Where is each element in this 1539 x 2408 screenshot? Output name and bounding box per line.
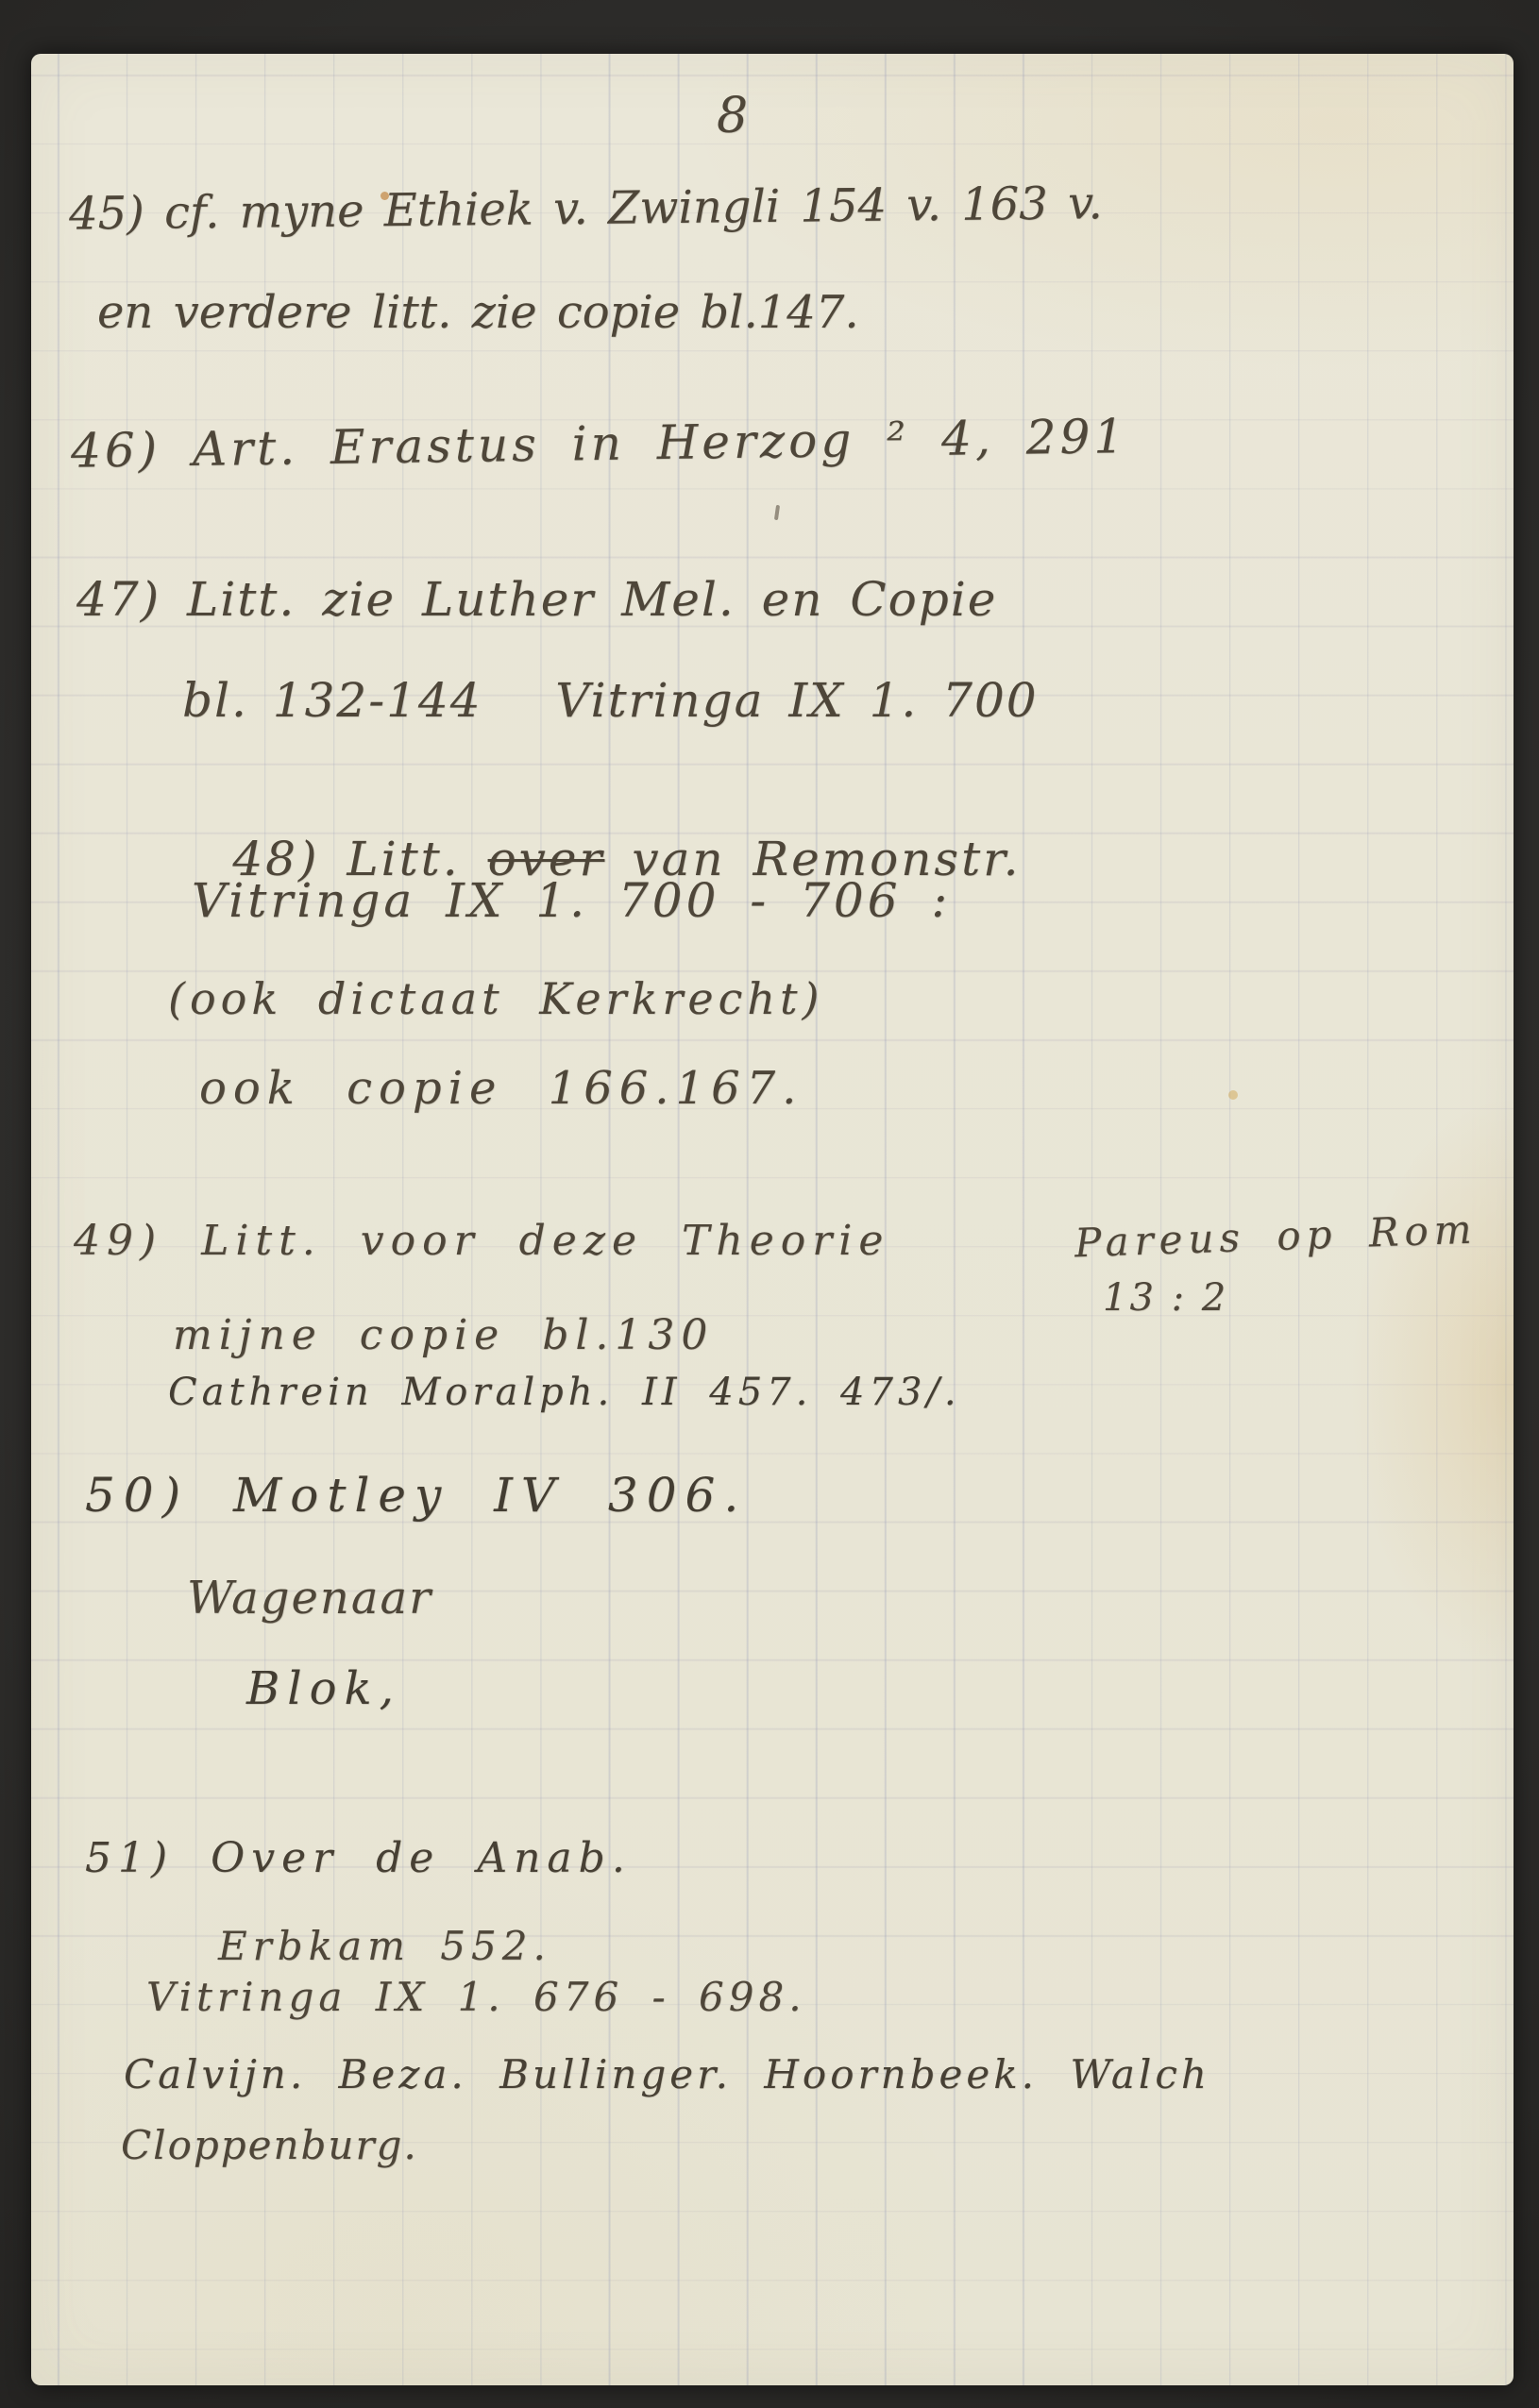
entry-51-line-5: Cloppenburg.	[121, 2126, 418, 2165]
entry-47-line-1: 47) Litt. zie Luther Mel. en Copie	[76, 576, 997, 623]
entry-51-line-1: 51) Over de Anab.	[85, 1838, 632, 1879]
entry-47-line-2: bl. 132-144 Vitringa IX 1. 700	[182, 677, 1039, 724]
entry-51-line-2: Erbkam 552.	[218, 1927, 551, 1966]
entry-50-line-3: Blok,	[246, 1666, 401, 1711]
entry-45-line-2: en verdere litt. zie copie bl.147.	[97, 290, 859, 335]
entry-51-line-4: Calvijn. Beza. Bullinger. Hoornbeek. Wal…	[124, 2055, 1210, 2095]
paper-stain-dot	[1228, 1090, 1238, 1100]
page-number: 8	[717, 92, 750, 141]
scan-mat: 8 45) cf. myne Ethiek v. Zwingli 154 v. …	[0, 0, 1539, 2408]
entry-48-line-3: (ook dictaat Kerkrecht)	[168, 977, 823, 1020]
entry-49-line-3: Cathrein Moralph. II 457. 473/.	[168, 1373, 961, 1411]
entry-45-line-1: 45) cf. myne Ethiek v. Zwingli 154 v. 16…	[69, 180, 1103, 236]
entry-50-line-1: 50) Motley IV 306.	[85, 1472, 747, 1519]
entry-48-line-2: Vitringa IX 1. 700 - 706 :	[192, 877, 951, 924]
entry-50-line-2: Wagenaar	[187, 1575, 432, 1621]
entry-51-line-3: Vitringa IX 1. 676 - 698.	[146, 1978, 806, 2017]
notebook-page: 8 45) cf. myne Ethiek v. Zwingli 154 v. …	[31, 54, 1514, 2385]
entry-46-line-1: 46) Art. Erastus in Herzog ² 4, 291	[71, 413, 1128, 475]
entry-49-line-2: mijne copie bl.130	[173, 1315, 714, 1356]
entry-49-line-1: 49) Litt. voor deze Theorie	[74, 1221, 889, 1262]
entry-49-margin-note-line-2: 13 : 2	[1103, 1279, 1228, 1317]
entry-48-line-4: ook copie 166.167.	[199, 1066, 803, 1111]
